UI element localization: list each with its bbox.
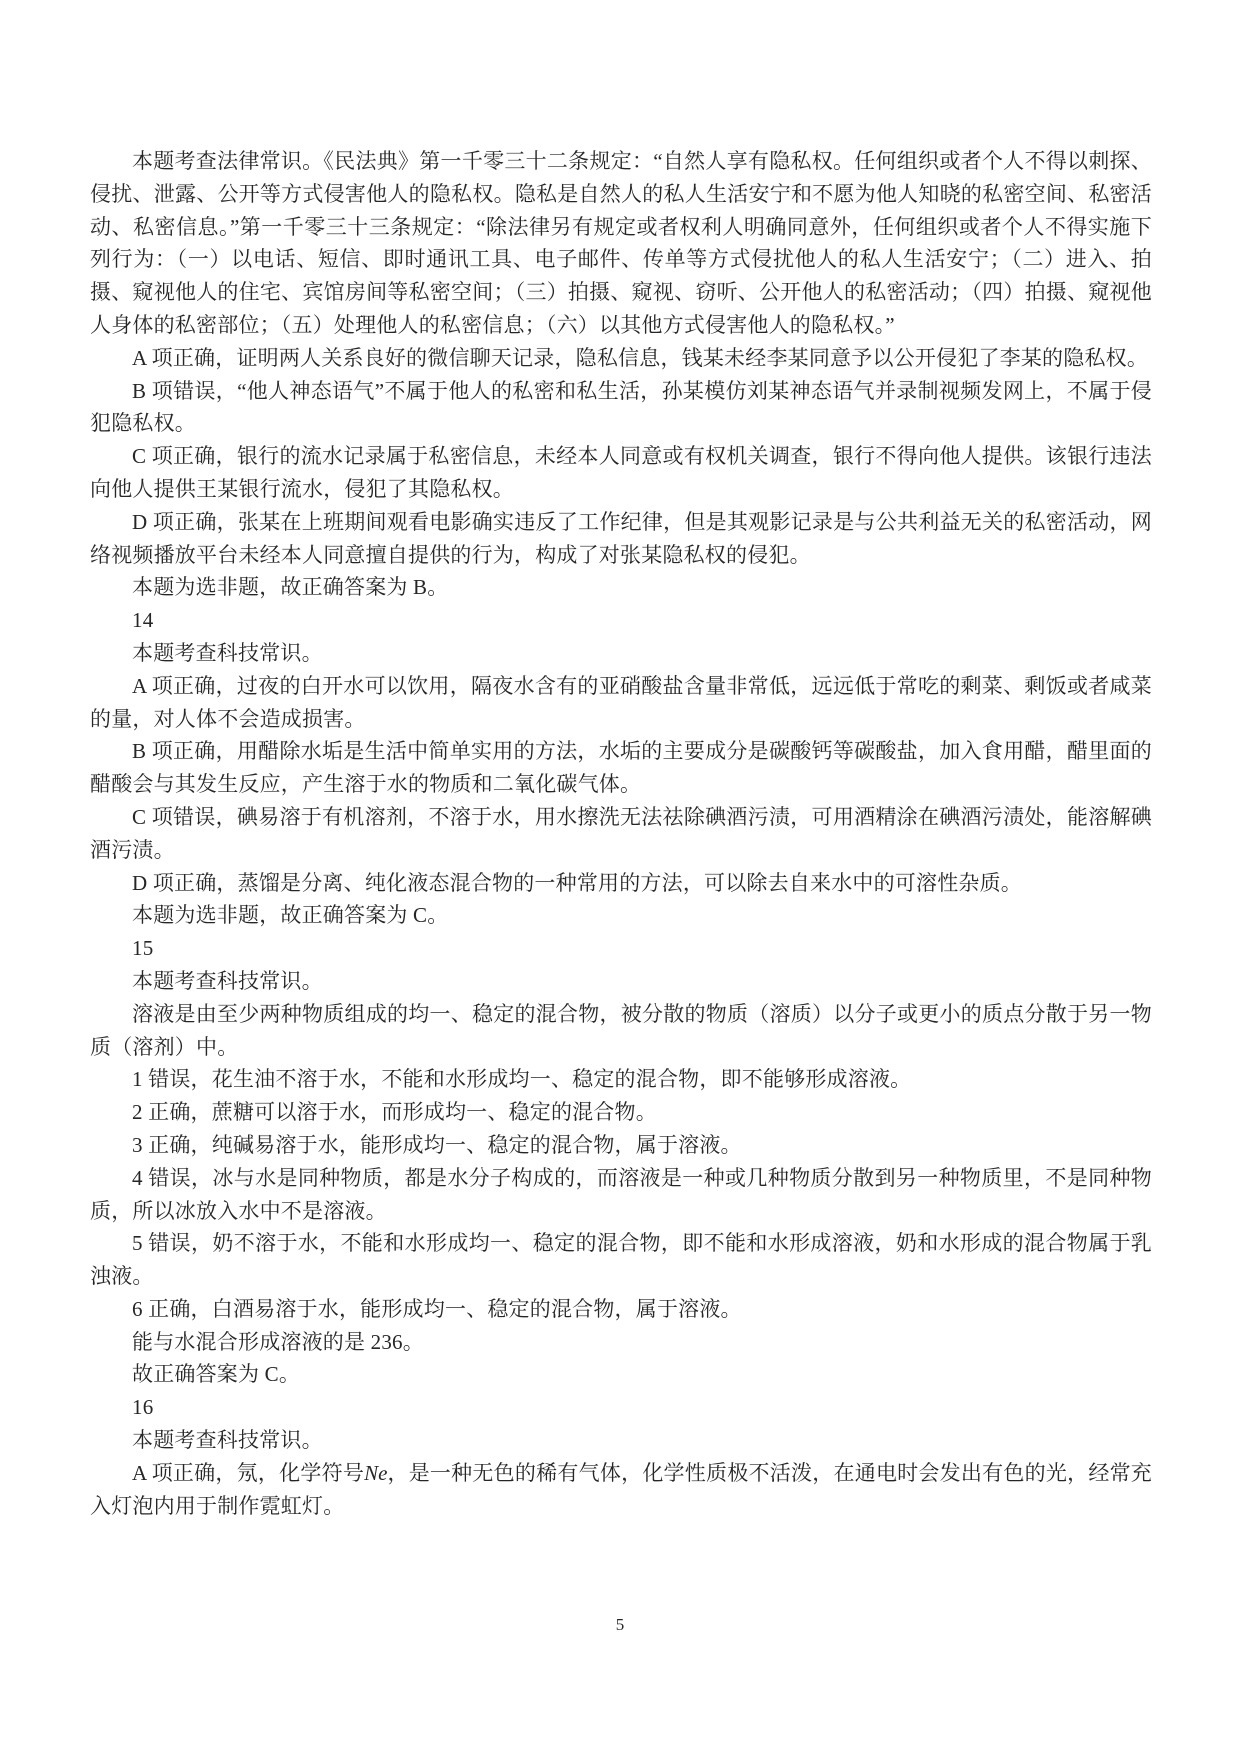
paragraph: 2 正确，蔗糖可以溶于水，而形成均一、稳定的混合物。 [90, 1096, 1152, 1129]
page-content: 本题考查法律常识。《民法典》第一千零三十二条规定：“自然人享有隐私权。任何组织或… [90, 145, 1152, 1522]
paragraph: 能与水混合形成溶液的是 236。 [90, 1326, 1152, 1359]
paragraph: 4 错误，冰与水是同种物质，都是水分子构成的，而溶液是一种或几种物质分散到另一种… [90, 1162, 1152, 1228]
document-page: 本题考查法律常识。《民法典》第一千零三十二条规定：“自然人享有隐私权。任何组织或… [0, 0, 1240, 1754]
paragraph: 6 正确，白酒易溶于水，能形成均一、稳定的混合物，属于溶液。 [90, 1293, 1152, 1326]
chemical-symbol: Ne [364, 1461, 387, 1485]
paragraph: A 项正确，证明两人关系良好的微信聊天记录，隐私信息，钱某未经李某同意予以公开侵… [90, 342, 1152, 375]
paragraph: 本题考查科技常识。 [90, 637, 1152, 670]
paragraph: B 项错误，“他人神态语气”不属于他人的私密和私生活，孙某模仿刘某神态语气并录制… [90, 375, 1152, 441]
text-run: A 项正确，氖，化学符号 [132, 1461, 364, 1485]
paragraph: 5 错误，奶不溶于水，不能和水形成均一、稳定的混合物，即不能和水形成溶液，奶和水… [90, 1227, 1152, 1293]
paragraph: 本题为选非题，故正确答案为 C。 [90, 899, 1152, 932]
paragraph: 本题考查科技常识。 [90, 1424, 1152, 1457]
paragraph: 16 [90, 1391, 1152, 1424]
paragraph: 本题考查科技常识。 [90, 965, 1152, 998]
paragraph: D 项正确，张某在上班期间观看电影确实违反了工作纪律，但是其观影记录是与公共利益… [90, 506, 1152, 572]
paragraph: A 项正确，氖，化学符号Ne，是一种无色的稀有气体，化学性质极不活泼，在通电时会… [90, 1457, 1152, 1523]
page-number: 5 [0, 1615, 1240, 1635]
paragraph: 本题为选非题，故正确答案为 B。 [90, 571, 1152, 604]
paragraph: 本题考查法律常识。《民法典》第一千零三十二条规定：“自然人享有隐私权。任何组织或… [90, 145, 1152, 342]
paragraph: C 项错误，碘易溶于有机溶剂，不溶于水，用水擦洗无法祛除碘酒污渍，可用酒精涂在碘… [90, 801, 1152, 867]
paragraph: A 项正确，过夜的白开水可以饮用，隔夜水含有的亚硝酸盐含量非常低，远远低于常吃的… [90, 670, 1152, 736]
paragraph: 15 [90, 932, 1152, 965]
paragraph: C 项正确，银行的流水记录属于私密信息，未经本人同意或有权机关调查，银行不得向他… [90, 440, 1152, 506]
paragraph: 3 正确，纯碱易溶于水，能形成均一、稳定的混合物，属于溶液。 [90, 1129, 1152, 1162]
paragraph: 溶液是由至少两种物质组成的均一、稳定的混合物，被分散的物质（溶质）以分子或更小的… [90, 998, 1152, 1064]
paragraph: 14 [90, 604, 1152, 637]
paragraph: B 项正确，用醋除水垢是生活中简单实用的方法，水垢的主要成分是碳酸钙等碳酸盐，加… [90, 735, 1152, 801]
paragraph: 1 错误，花生油不溶于水，不能和水形成均一、稳定的混合物，即不能够形成溶液。 [90, 1063, 1152, 1096]
paragraph: D 项正确，蒸馏是分离、纯化液态混合物的一种常用的方法，可以除去自来水中的可溶性… [90, 867, 1152, 900]
paragraph: 故正确答案为 C。 [90, 1358, 1152, 1391]
